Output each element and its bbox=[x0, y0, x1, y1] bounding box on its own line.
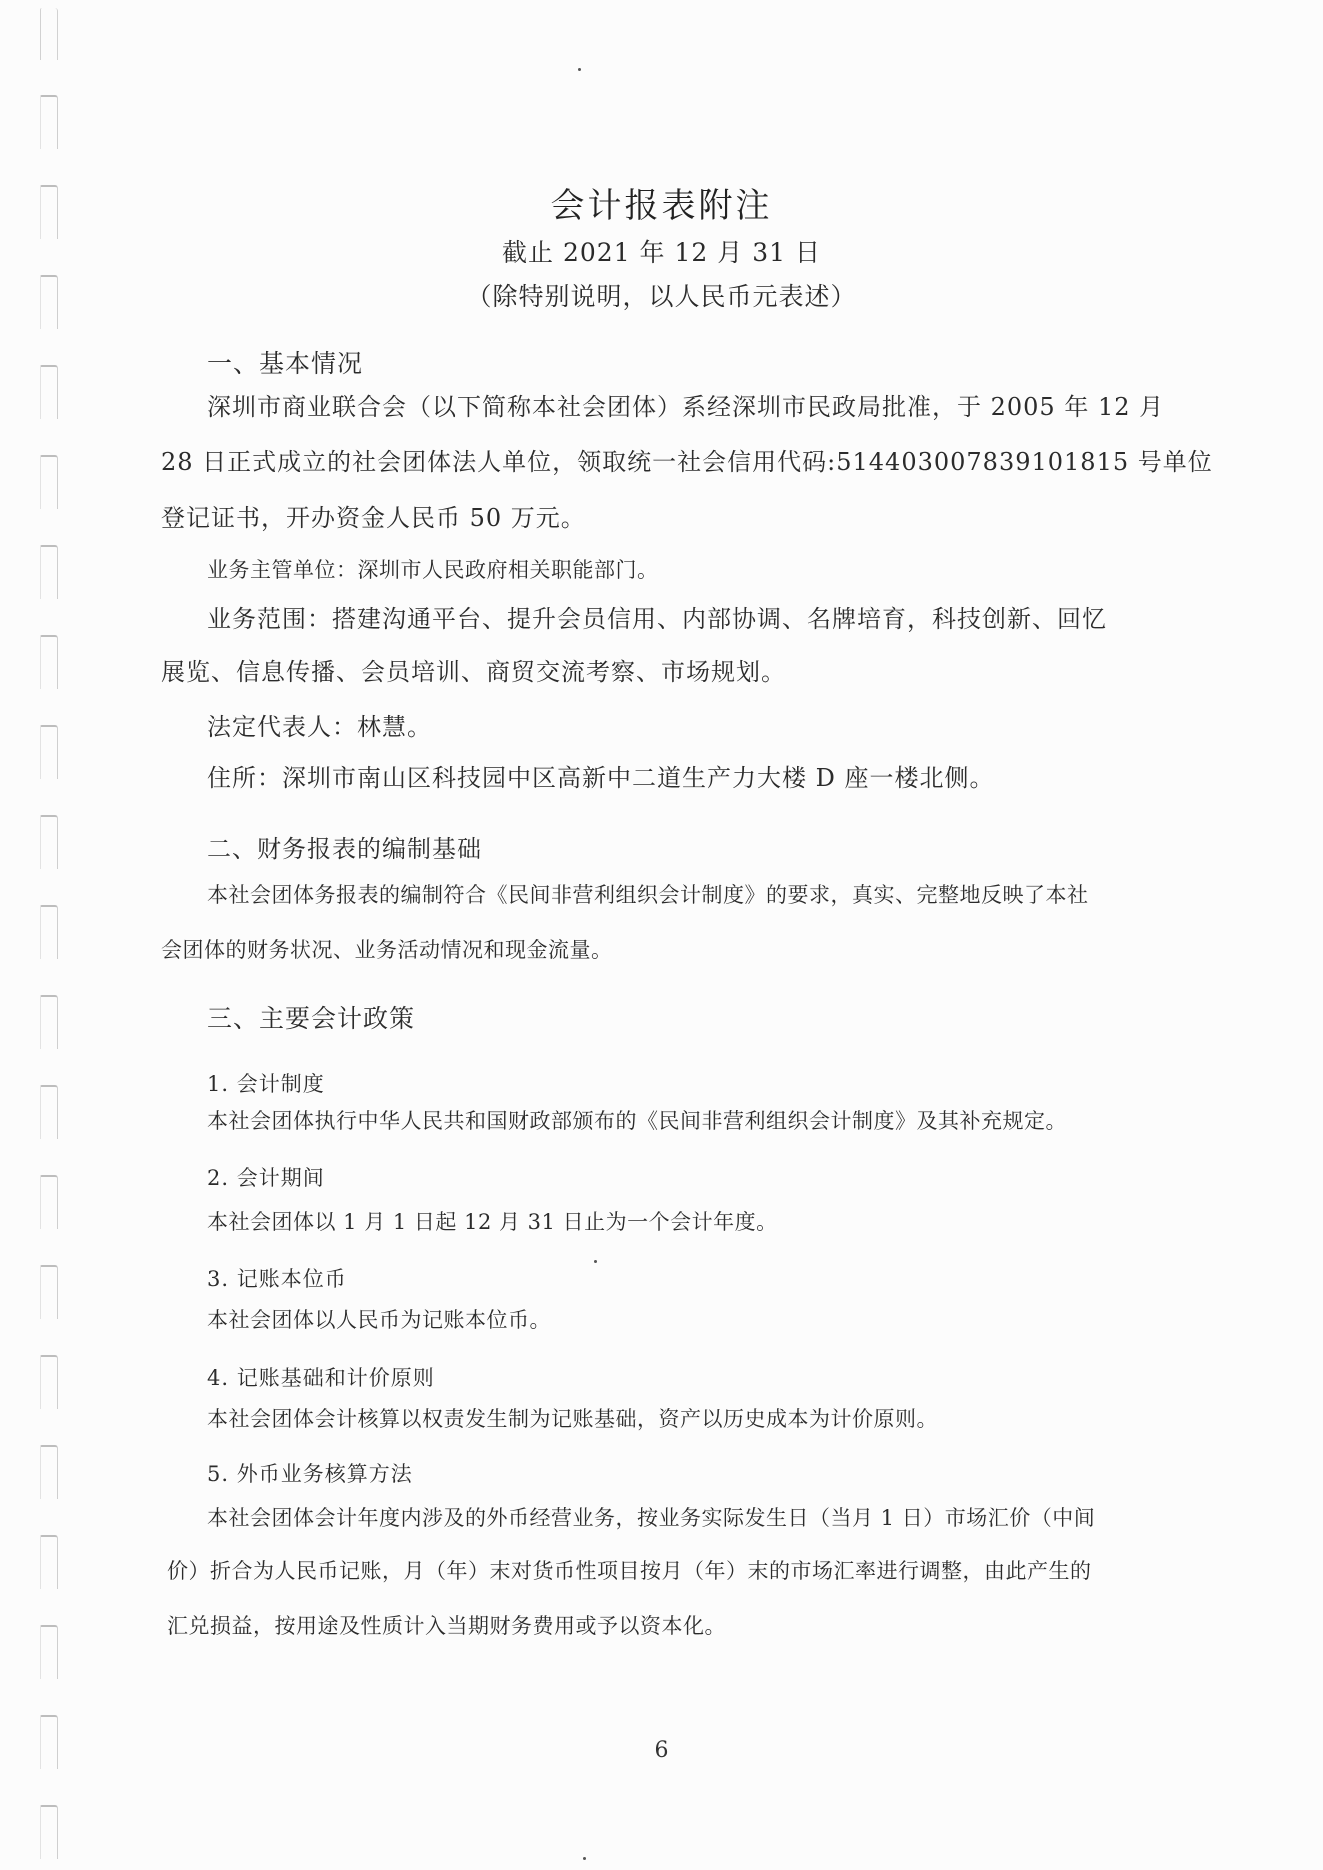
binding-mark bbox=[40, 1175, 58, 1229]
binding-mark bbox=[40, 365, 58, 419]
basic-info-paragraph-line: 登记证书，开办资金人民币 50 万元。 bbox=[161, 503, 586, 533]
scan-speck bbox=[578, 68, 581, 71]
as-of-date: 截止 2021 年 12 月 31 日 bbox=[0, 238, 1323, 268]
section-heading-basis: 二、财务报表的编制基础 bbox=[207, 834, 482, 864]
policy-text: 本社会团体执行中华人民共和国财政部颁布的《民间非营利组织会计制度》及其补充规定。 bbox=[207, 1106, 1067, 1136]
policy-text: 本社会团体以人民币为记账本位币。 bbox=[207, 1305, 551, 1335]
policy-heading: 4. 记账基础和计价原则 bbox=[207, 1363, 435, 1393]
section-heading-policies: 三、主要会计政策 bbox=[207, 1004, 415, 1034]
binding-mark bbox=[40, 995, 58, 1049]
policy-text: 汇兑损益，按用途及性质计入当期财务费用或予以资本化。 bbox=[167, 1611, 726, 1641]
policy-heading: 5. 外币业务核算方法 bbox=[207, 1459, 413, 1489]
policy-text: 本社会团体会计核算以权责发生制为记账基础，资产以历史成本为计价原则。 bbox=[207, 1404, 938, 1434]
binding-mark bbox=[40, 1445, 58, 1499]
binding-mark bbox=[40, 725, 58, 779]
binding-mark bbox=[40, 455, 58, 509]
policy-text: 本社会团体以 1 月 1 日起 12 月 31 日止为一个会计年度。 bbox=[207, 1207, 778, 1237]
policy-text: 本社会团体会计年度内涉及的外币经营业务，按业务实际发生日（当月 1 日）市场汇价… bbox=[207, 1503, 1095, 1533]
policy-heading: 1. 会计制度 bbox=[207, 1069, 325, 1099]
basic-info-paragraph-line: 深圳市商业联合会（以下简称本社会团体）系经深圳市民政局批准，于 2005 年 1… bbox=[207, 392, 1164, 422]
page-number: 6 bbox=[0, 1738, 1323, 1763]
legal-representative: 法定代表人：林慧。 bbox=[207, 712, 432, 742]
binding-mark bbox=[40, 905, 58, 959]
address: 住所：深圳市南山区科技园中区高新中二道生产力大楼 D 座一楼北侧。 bbox=[207, 763, 995, 793]
business-scope-line: 展览、信息传播、会员培训、商贸交流考察、市场规划。 bbox=[161, 657, 786, 687]
business-scope-line: 业务范围：搭建沟通平台、提升会员信用、内部协调、名牌培育，科技创新、回忆 bbox=[207, 604, 1107, 634]
policy-heading: 2. 会计期间 bbox=[207, 1163, 325, 1193]
basis-paragraph-line: 本社会团体务报表的编制符合《民间非营利组织会计制度》的要求，真实、完整地反映了本… bbox=[207, 880, 1089, 910]
basic-info-paragraph-line: 28 日正式成立的社会团体法人单位，领取统一社会信用代码:51440300783… bbox=[161, 447, 1213, 477]
binding-mark bbox=[40, 815, 58, 869]
section-heading-basic-info: 一、基本情况 bbox=[207, 349, 363, 379]
scan-speck bbox=[594, 1260, 597, 1263]
document-page: 会计报表附注 截止 2021 年 12 月 31 日 （除特别说明，以人民币元表… bbox=[0, 0, 1323, 1870]
currency-note: （除特别说明，以人民币元表述） bbox=[0, 282, 1323, 312]
binding-mark bbox=[40, 95, 58, 149]
binding-mark bbox=[40, 1535, 58, 1589]
policy-heading: 3. 记账本位币 bbox=[207, 1264, 347, 1294]
page-title: 会计报表附注 bbox=[0, 186, 1323, 226]
binding-mark bbox=[40, 1355, 58, 1409]
binding-mark bbox=[40, 1265, 58, 1319]
policy-text: 价）折合为人民币记账，月（年）末对货币性项目按月（年）末的市场汇率进行调整，由此… bbox=[167, 1556, 1092, 1586]
scan-speck bbox=[583, 1857, 586, 1860]
binding-mark bbox=[40, 1625, 58, 1679]
binding-mark bbox=[40, 545, 58, 599]
binding-mark bbox=[40, 1805, 58, 1859]
basis-paragraph-line: 会团体的财务状况、业务活动情况和现金流量。 bbox=[161, 935, 613, 965]
binding-mark bbox=[40, 1085, 58, 1139]
binding-mark bbox=[40, 8, 58, 60]
supervisor-unit: 业务主管单位：深圳市人民政府相关职能部门。 bbox=[207, 555, 659, 585]
binding-mark bbox=[40, 635, 58, 689]
